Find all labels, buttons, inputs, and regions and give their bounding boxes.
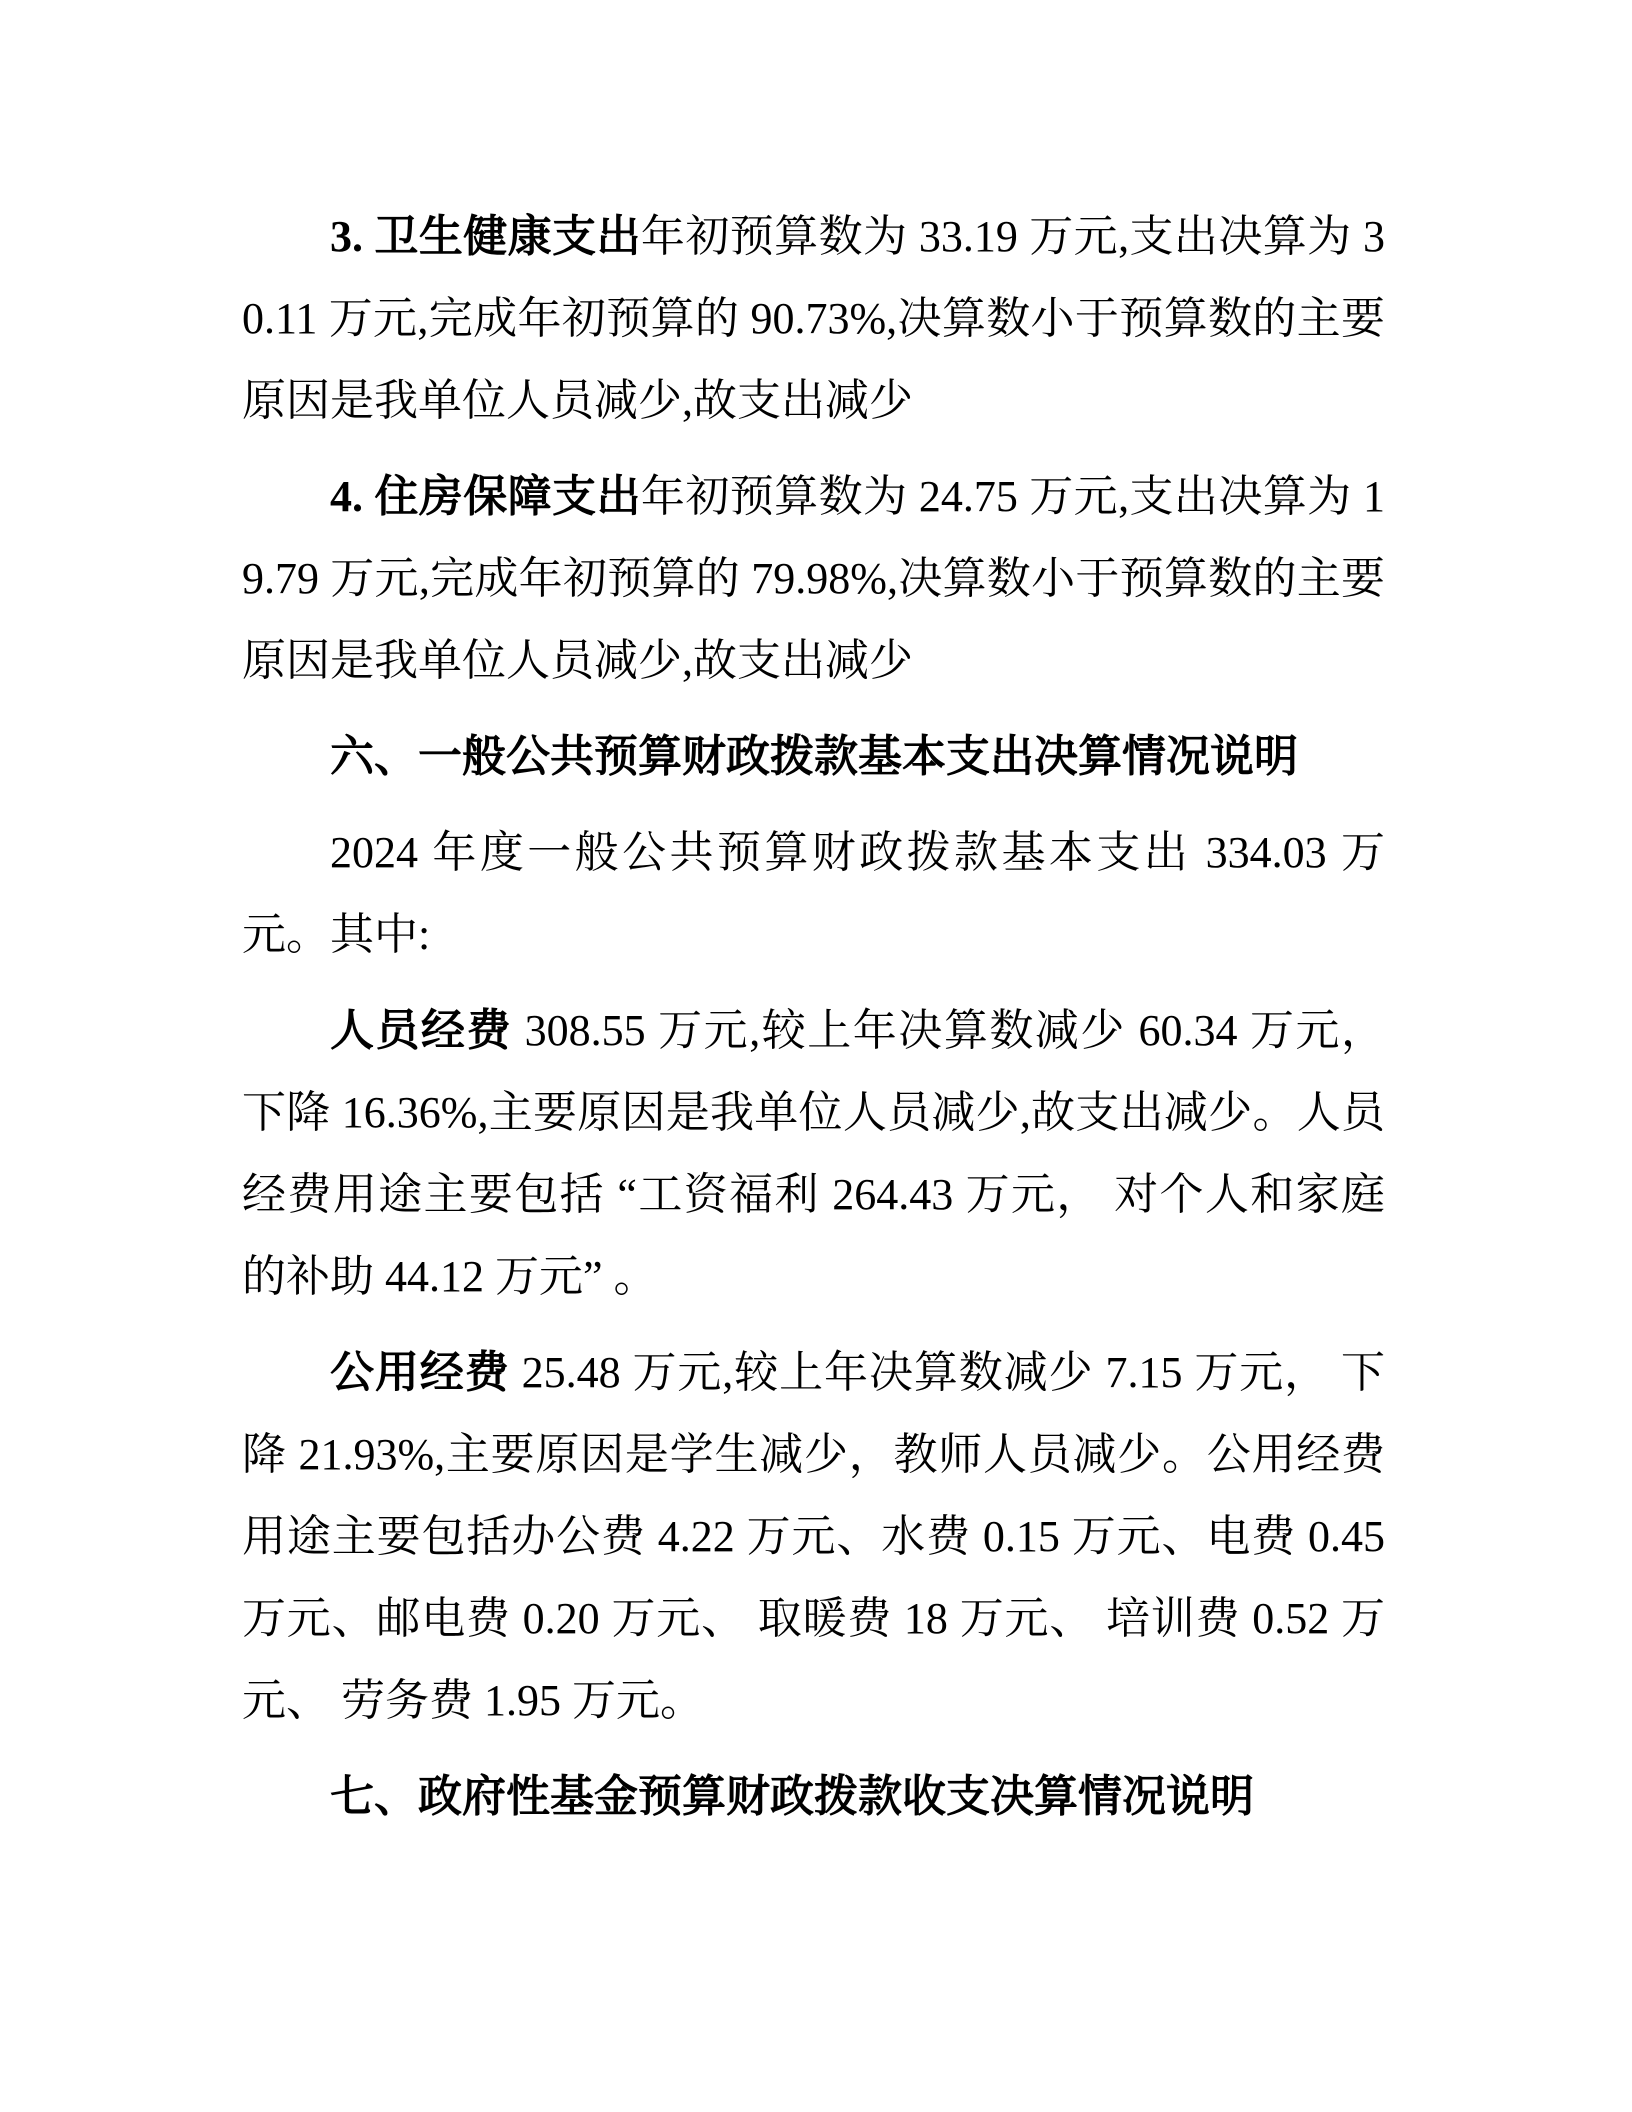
document-page: 3. 卫生健康支出年初预算数为 33.19 万元,支出决算为 30.11 万元,… <box>0 0 1632 2112</box>
paragraph-housing-expense-lead: 4. 住房保障支出 <box>330 472 641 521</box>
paragraph-health-expense: 3. 卫生健康支出年初预算数为 33.19 万元,支出决算为 30.11 万元,… <box>242 196 1385 442</box>
paragraph-public-funds-text: 25.48 万元,较上年决算数减少 7.15 万元， 下降 21.93%,主要原… <box>242 1348 1385 1725</box>
section-seven-heading: 七、政府性基金预算财政拨款收支决算情况说明 <box>242 1756 1385 1838</box>
paragraph-public-funds: 公用经费 25.48 万元,较上年决算数减少 7.15 万元， 下降 21.93… <box>242 1332 1385 1742</box>
paragraph-health-expense-lead: 3. 卫生健康支出 <box>330 212 641 261</box>
paragraph-housing-expense: 4. 住房保障支出年初预算数为 24.75 万元,支出决算为 19.79 万元,… <box>242 456 1385 702</box>
paragraph-basic-expense-intro-text: 2024 年度一般公共预算财政拨款基本支出 334.03 万元。其中: <box>242 828 1385 959</box>
paragraph-basic-expense-intro: 2024 年度一般公共预算财政拨款基本支出 334.03 万元。其中: <box>242 812 1385 976</box>
section-six-heading: 六、一般公共预算财政拨款基本支出决算情况说明 <box>242 716 1385 798</box>
paragraph-public-funds-lead: 公用经费 <box>330 1348 510 1397</box>
paragraph-personnel-funds-lead: 人员经费 <box>330 1006 512 1055</box>
paragraph-personnel-funds: 人员经费 308.55 万元,较上年决算数减少 60.34 万元， 下降 16.… <box>242 990 1385 1318</box>
